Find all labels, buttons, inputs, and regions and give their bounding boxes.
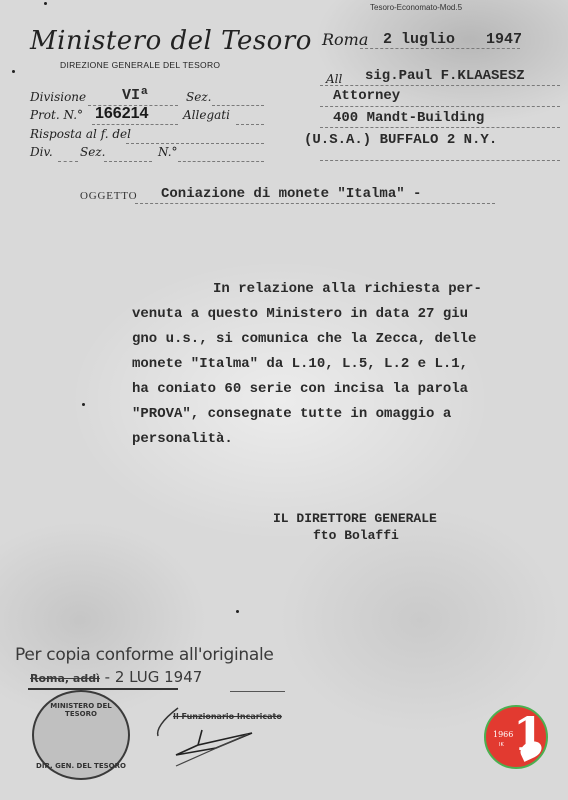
date-day-month: 2 luglio — [383, 31, 455, 48]
recipient-city: (U.S.A.) BUFFALO 2 N.Y. — [304, 132, 497, 148]
recipient-address: 400 Mandt-Building — [333, 110, 484, 126]
date-year: 1947 — [486, 31, 522, 48]
body-line: In relazione alla richiesta per- — [213, 281, 482, 297]
subject-value: Coniazione di monete "Italma" - — [161, 186, 421, 202]
body-line: personalità. — [132, 431, 233, 447]
ministry-seal: MINISTERO DEL TESORO DIR. GEN. DEL TESOR… — [32, 690, 130, 780]
department-name: DIREZIONE GENERALE DEL TESORO — [60, 60, 220, 70]
risposta-label: Risposta al f. del — [30, 127, 131, 141]
divisione-label: Divisione — [30, 90, 86, 104]
badge-number: 1 — [513, 709, 545, 759]
recipient-prefix: All — [326, 72, 342, 86]
recipient-title: Attorney — [333, 88, 400, 104]
scanned-letter: Tesoro-Economato-Mod.5 Ministero del Tes… — [0, 0, 568, 800]
n-label: N.° — [158, 145, 178, 159]
body-line: gno u.s., si comunica che la Zecca, dell… — [132, 331, 476, 347]
badge-sub: IK — [499, 742, 504, 748]
allegati-label: Allegati — [183, 108, 230, 122]
form-code: Tesoro-Economato-Mod.5 — [370, 3, 462, 12]
recipient-name: sig.Paul F.KLAASESZ — [365, 68, 525, 84]
subject-label: OGGETTO — [80, 190, 137, 202]
body-line: "PROVA", consegnate tutte in omaggio a — [132, 406, 451, 422]
seal-top-text: MINISTERO DEL TESORO — [34, 702, 128, 718]
badge-year: 1966 — [493, 730, 513, 739]
signature-name: fto Bolaffi — [313, 528, 399, 543]
prot-label: Prot. N.° — [30, 108, 83, 122]
divisione-value: VIª — [122, 87, 149, 104]
body-line: monete "Italma" da L.10, L.5, L.2 e L.1, — [132, 356, 468, 372]
stamp-place: Roma, addì — [30, 672, 100, 685]
certified-copy-stamp: Per copia conforme all'originale — [15, 645, 274, 665]
stamp-date: - 2 LUG 1947 — [105, 668, 203, 686]
sez-label: Sez. — [186, 90, 211, 104]
sez2-label: Sez. — [80, 145, 105, 159]
body-line: ha coniato 60 serie con incisa la parola — [132, 381, 468, 397]
protocol-number: 166214 — [95, 105, 148, 123]
handwritten-signature — [150, 700, 260, 780]
signature-title: IL DIRETTORE GENERALE — [273, 511, 437, 526]
seal-bottom-text: DIR. GEN. DEL TESORO — [34, 762, 128, 770]
ministry-title: Ministero del Tesoro — [30, 26, 312, 56]
body-line: venuta a questo Ministero in data 27 giu — [132, 306, 468, 322]
certified-copy-date: Roma, addì - 2 LUG 1947 — [30, 668, 202, 686]
date-city: Roma — [322, 30, 368, 49]
div-label: Div. — [30, 145, 53, 159]
watermark-badge: 1966 IK 1 — [484, 705, 548, 769]
